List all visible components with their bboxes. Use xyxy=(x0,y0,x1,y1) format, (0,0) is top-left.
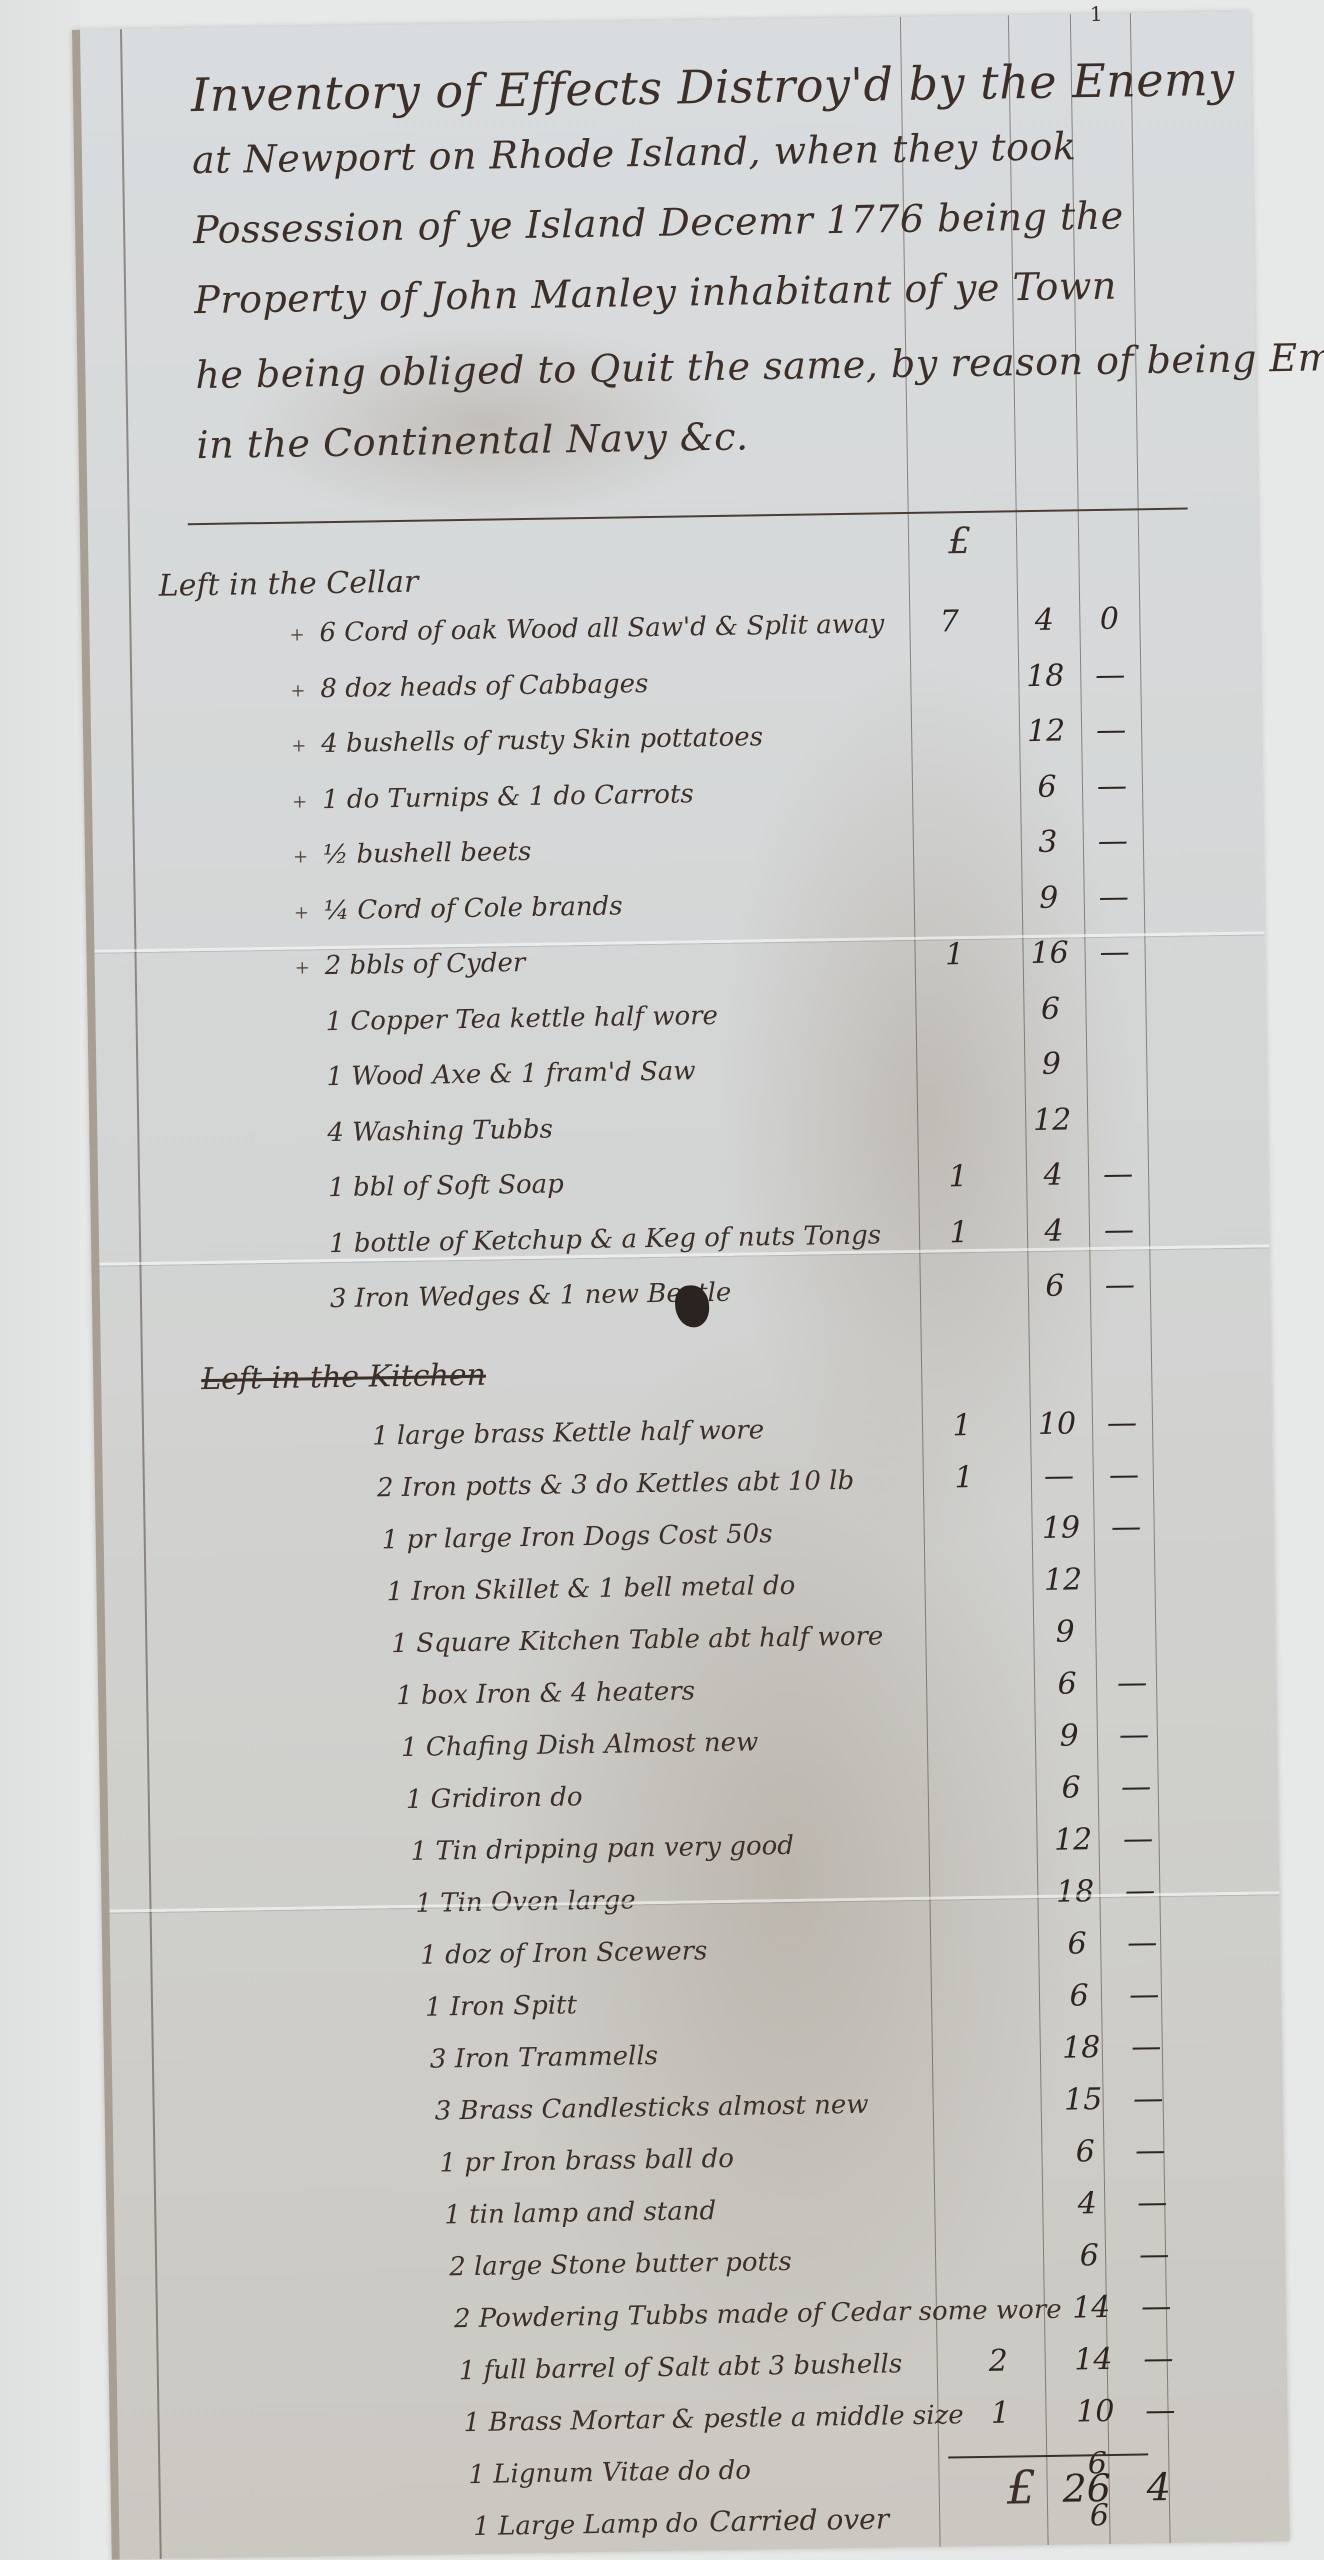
inventory-item: 1 Iron Spitt xyxy=(425,1990,577,2022)
inventory-item: 3 Iron Wedges & 1 new Beetle xyxy=(330,1278,732,1314)
inventory-item: 1 large brass Kettle half wore xyxy=(372,1415,764,1451)
item-shillings: 16 xyxy=(1019,935,1080,971)
item-pence: — xyxy=(1108,1821,1169,1857)
inventory-sheet: 1 Inventory of Effects Distroy'd by the … xyxy=(72,11,1290,2559)
item-shillings: 6 xyxy=(1020,991,1081,1027)
item-pence: — xyxy=(1120,2132,1181,2168)
header-line: Property of John Manley inhabitant of ye… xyxy=(194,264,1117,322)
check-mark: + xyxy=(293,846,308,867)
item-pence: — xyxy=(1083,823,1144,859)
item-pence: — xyxy=(1122,2184,1183,2220)
header-line: in the Continental Navy &c. xyxy=(196,414,749,467)
item-pence: — xyxy=(1094,1457,1155,1493)
inventory-item: 3 Iron Trammells xyxy=(430,2041,659,2075)
item-shillings: 6 xyxy=(1047,1925,1108,1961)
item-shillings: 4 xyxy=(1014,602,1075,638)
item-shillings: 6 xyxy=(1037,1666,1098,1702)
inventory-sections: Left in the Cellar+6 Cord of oak Wood al… xyxy=(80,11,1250,29)
item-shillings: 6 xyxy=(1049,1977,1110,2013)
item-shillings: 14 xyxy=(1063,2341,1124,2377)
item-shillings: 9 xyxy=(1035,1614,1096,1650)
item-shillings: 12 xyxy=(1016,713,1077,749)
inventory-item: ½ bushell beets xyxy=(323,837,532,870)
total-currency: £ xyxy=(1006,2460,1036,2514)
inventory-item: 1 full barrel of Salt abt 3 bushells xyxy=(459,2349,903,2386)
item-shillings: — xyxy=(1029,1458,1090,1494)
section-heading: Left in the Kitchen xyxy=(201,1357,486,1396)
item-pounds: 1 xyxy=(928,1159,989,1195)
item-pence: — xyxy=(1114,1976,1175,2012)
item-pounds: 1 xyxy=(934,1459,995,1495)
inventory-item: 1 box Iron & 4 heaters xyxy=(396,1676,695,1711)
item-pence: — xyxy=(1118,2080,1179,2116)
inventory-item: 1 Copper Tea kettle half wore xyxy=(325,1000,718,1036)
inventory-item: 1 tin lamp and stand xyxy=(444,2196,716,2230)
item-pence: — xyxy=(1124,2236,1185,2272)
item-shillings: 9 xyxy=(1021,1046,1082,1082)
item-shillings: 18 xyxy=(1051,2029,1112,2065)
inventory-item: 1 Brass Mortar & pestle a middle size xyxy=(463,2400,963,2438)
item-shillings: 12 xyxy=(1033,1562,1094,1598)
header-line: he being obliged to Quit the same, by re… xyxy=(195,333,1324,397)
item-pounds: 1 xyxy=(924,937,985,973)
item-shillings: 6 xyxy=(1017,769,1078,805)
item-shillings: 10 xyxy=(1065,2393,1126,2429)
inventory-item: 2 bbls of Cyder xyxy=(324,948,525,981)
item-pence: — xyxy=(1102,1665,1163,1701)
item-pence: — xyxy=(1128,2340,1189,2376)
inventory-item: 4 bushells of rusty Skin pottatoes xyxy=(321,722,763,759)
item-pence: — xyxy=(1126,2288,1187,2324)
check-mark: + xyxy=(289,624,304,645)
ink-blot xyxy=(675,1285,710,1328)
section-heading: Left in the Cellar xyxy=(158,565,418,604)
item-pence: — xyxy=(1096,1509,1157,1545)
total-pounds: 26 xyxy=(1056,2466,1117,2511)
item-shillings: 6 xyxy=(1055,2133,1116,2169)
item-pence: 0 xyxy=(1079,601,1140,637)
item-pence: — xyxy=(1082,768,1143,804)
item-shillings: 12 xyxy=(1043,1822,1104,1858)
item-pence: — xyxy=(1084,934,1145,970)
item-pence: — xyxy=(1080,657,1141,693)
inventory-item: 1 Iron Skillet & 1 bell metal do xyxy=(386,1570,795,1606)
check-mark: + xyxy=(291,735,306,756)
photo-backdrop xyxy=(0,0,80,2560)
item-shillings: 4 xyxy=(1024,1213,1085,1249)
item-shillings: 15 xyxy=(1053,2081,1114,2117)
item-shillings: 4 xyxy=(1057,2185,1118,2221)
item-pounds: 2 xyxy=(968,2343,1029,2379)
item-pence: — xyxy=(1088,1156,1149,1192)
inventory-item: 8 doz heads of Cabbages xyxy=(320,669,648,704)
inventory-item: 1 Lignum Vitae do do xyxy=(468,2455,751,2489)
item-pence: — xyxy=(1112,1924,1173,1960)
item-pounds: 1 xyxy=(929,1214,990,1250)
item-shillings: 6 xyxy=(1059,2237,1120,2273)
inventory-item: 1 Wood Axe & 1 fram'd Saw xyxy=(326,1056,696,1092)
item-pence: — xyxy=(1081,712,1142,748)
inventory-item: 2 large Stone butter potts xyxy=(449,2246,792,2281)
inventory-item: 6 Cord of oak Wood all Saw'd & Split awa… xyxy=(319,609,884,648)
carried-over-label: Carried over xyxy=(709,2502,889,2538)
check-mark: + xyxy=(292,791,307,812)
total-shillings: 4 xyxy=(1128,2465,1189,2510)
item-pence: — xyxy=(1104,1717,1165,1753)
item-shillings: 18 xyxy=(1045,1874,1106,1910)
inventory-item: 1 bbl of Soft Soap xyxy=(328,1169,564,1203)
header-line: Possession of ye Island Decemr 1776 bein… xyxy=(193,194,1124,253)
inventory-item: 2 Powdering Tubbs made of Cedar some wor… xyxy=(454,2294,1062,2334)
item-shillings: 9 xyxy=(1018,880,1079,916)
item-pence: — xyxy=(1090,1267,1151,1303)
item-shillings: 6 xyxy=(1041,1770,1102,1806)
item-shillings: 4 xyxy=(1023,1157,1084,1193)
item-pence: — xyxy=(1092,1405,1153,1441)
currency-header: £ xyxy=(948,521,972,562)
item-pence: — xyxy=(1089,1212,1150,1248)
item-shillings: 3 xyxy=(1018,824,1079,860)
check-mark: + xyxy=(290,680,305,701)
inventory-item: 4 Washing Tubbs xyxy=(327,1114,553,1148)
inventory-header: Inventory of Effects Distroy'd by the En… xyxy=(80,11,1250,29)
left-margin-rule xyxy=(120,29,161,2559)
item-shillings: 18 xyxy=(1015,658,1076,694)
header-line: at Newport on Rhode Island, when they to… xyxy=(192,124,1077,182)
item-pence: — xyxy=(1106,1769,1167,1805)
header-line: Inventory of Effects Distroy'd by the En… xyxy=(191,52,1235,122)
inventory-item: 1 pr large Iron Dogs Cost 50s xyxy=(382,1519,773,1555)
inventory-item: ¼ Cord of Cole brands xyxy=(324,891,623,926)
check-mark: + xyxy=(295,957,310,978)
inventory-item: 1 Chafing Dish Almost new xyxy=(401,1727,759,1763)
item-shillings: 9 xyxy=(1039,1718,1100,1754)
inventory-item: 1 pr Iron brass ball do xyxy=(439,2143,734,2178)
inventory-item: 2 Iron potts & 3 do Kettles abt 10 lb xyxy=(377,1465,855,1502)
item-pounds: 1 xyxy=(932,1407,993,1443)
item-shillings: 10 xyxy=(1027,1406,1088,1442)
item-pounds: 1 xyxy=(970,2395,1031,2431)
item-pence: — xyxy=(1110,1872,1171,1908)
item-shillings: 19 xyxy=(1031,1510,1092,1546)
item-pence: — xyxy=(1116,2028,1177,2064)
item-pence: — xyxy=(1130,2392,1191,2428)
inventory-item: 1 Gridiron do xyxy=(406,1782,583,1815)
inventory-item: 1 Large Lamp do xyxy=(473,2508,698,2542)
item-pence: — xyxy=(1083,879,1144,915)
column-rule-pounds xyxy=(900,17,941,2547)
inventory-item: 1 do Turnips & 1 do Carrots xyxy=(322,779,694,815)
item-pounds: 7 xyxy=(919,604,980,640)
page-number: 1 xyxy=(1090,2,1103,26)
item-shillings: 6 xyxy=(1025,1268,1086,1304)
item-shillings: 12 xyxy=(1022,1102,1083,1138)
inventory-item: 1 Tin dripping pan very good xyxy=(410,1830,794,1866)
inventory-item: 1 doz of Iron Scewers xyxy=(420,1936,708,1971)
item-shillings: 14 xyxy=(1061,2289,1122,2325)
check-mark: + xyxy=(294,902,309,923)
inventory-item: 3 Brass Candlesticks almost new xyxy=(434,2089,868,2126)
header-underline xyxy=(188,508,1188,526)
inventory-item: 1 Square Kitchen Table abt half wore xyxy=(391,1621,883,1659)
